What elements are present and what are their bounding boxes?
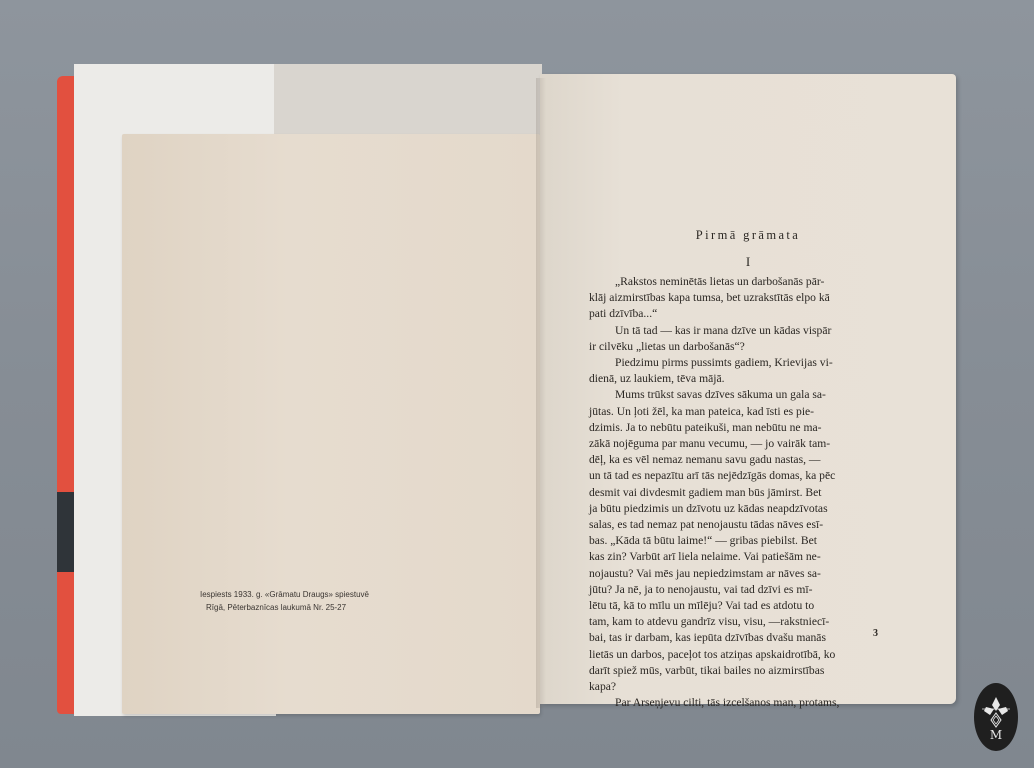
- printer-imprint: Iespiests 1933. g. «Grāmatu Draugs» spie…: [200, 588, 390, 614]
- right-page: Pirmā grāmata I „Rakstos neminētās lieta…: [540, 74, 956, 704]
- text-line: lietās un darbos, paceļot tos atziņas ap…: [589, 647, 889, 663]
- svg-text:M: M: [990, 728, 1002, 742]
- text-line: nojaustu? Vai mēs jau nepiedzimstam ar n…: [589, 566, 889, 582]
- watermark-logo: M: [974, 683, 1018, 751]
- text-line: desmit vai divdesmit gadiem man būs jāmi…: [589, 485, 889, 501]
- text-line: „Rakstos neminētās lietas un darbošanās …: [589, 274, 889, 290]
- flyleaf-strip: [274, 64, 542, 139]
- text-line: Par Arseņjevu cilti, tās izcelšanos man,…: [589, 695, 889, 711]
- text-line: darīt spiež mūs, varbūt, tikai bailes no…: [589, 663, 889, 679]
- text-line: Un tā tad — kas ir mana dzīve un kādas v…: [589, 323, 889, 339]
- text-line: tam, kam to atdevu gandrīz visu, visu, —…: [589, 614, 889, 630]
- left-page: Iespiests 1933. g. «Grāmatu Draugs» spie…: [122, 134, 540, 714]
- text-line: bai, tas ir darbam, kas iepūta dzīvības …: [589, 630, 889, 646]
- cover-spine-red: [57, 76, 75, 714]
- cover-spine-dark-band: [57, 492, 75, 572]
- imprint-line-2: Rīgā, Pēterbaznīcas laukumā Nr. 25-27: [200, 601, 390, 614]
- page-number: 3: [873, 628, 878, 639]
- text-line: salas, es tad nemaz pat nenojaustu tādas…: [589, 517, 889, 533]
- text-line: klāj aizmirstības kapa tumsa, bet uzraks…: [589, 290, 889, 306]
- text-line: bas. „Kāda tā būtu laime!“ — gribas pieb…: [589, 533, 889, 549]
- ornament-logo-icon: M: [974, 683, 1018, 751]
- text-line: jūtu? Ja nē, ja to nenojaustu, vai tad d…: [589, 582, 889, 598]
- book-gutter-shadow: [536, 78, 546, 708]
- text-line: dēļ, ka es vēl nemaz nemanu savu gadu na…: [589, 452, 889, 468]
- text-line: lētu tā, kā to mīlu un mīlēju? Vai tad e…: [589, 598, 889, 614]
- chapter-number: I: [540, 254, 956, 270]
- text-line: jūtas. Un ļoti žēl, ka man pateica, kad …: [589, 404, 889, 420]
- text-line: Mums trūkst savas dzīves sākuma un gala …: [589, 387, 889, 403]
- text-line: ir cilvēku „lietas un darbošanās“?: [589, 339, 889, 355]
- imprint-line-1: Iespiests 1933. g. «Grāmatu Draugs» spie…: [200, 588, 390, 601]
- text-line: Piedzimu pirms pussimts gadiem, Krievija…: [589, 355, 889, 371]
- text-line: kas zin? Varbūt arī liela nelaime. Vai p…: [589, 549, 889, 565]
- text-line: un tā tad es nepazītu arī tās nejēdzīgās…: [589, 468, 889, 484]
- text-line: zākā nojēguma par manu vecumu, — jo vair…: [589, 436, 889, 452]
- book-title: Pirmā grāmata: [540, 228, 956, 243]
- body-text: „Rakstos neminētās lietas un darbošanās …: [589, 274, 889, 711]
- text-line: dzimis. Ja to nebūtu pateikuši, man nebū…: [589, 420, 889, 436]
- text-line: ja būtu piedzimis un dzīvotu uz kādas ne…: [589, 501, 889, 517]
- text-line: dienā, uz laukiem, tēva mājā.: [589, 371, 889, 387]
- text-line: pati dzīvība...“: [589, 306, 889, 322]
- text-line: kapa?: [589, 679, 889, 695]
